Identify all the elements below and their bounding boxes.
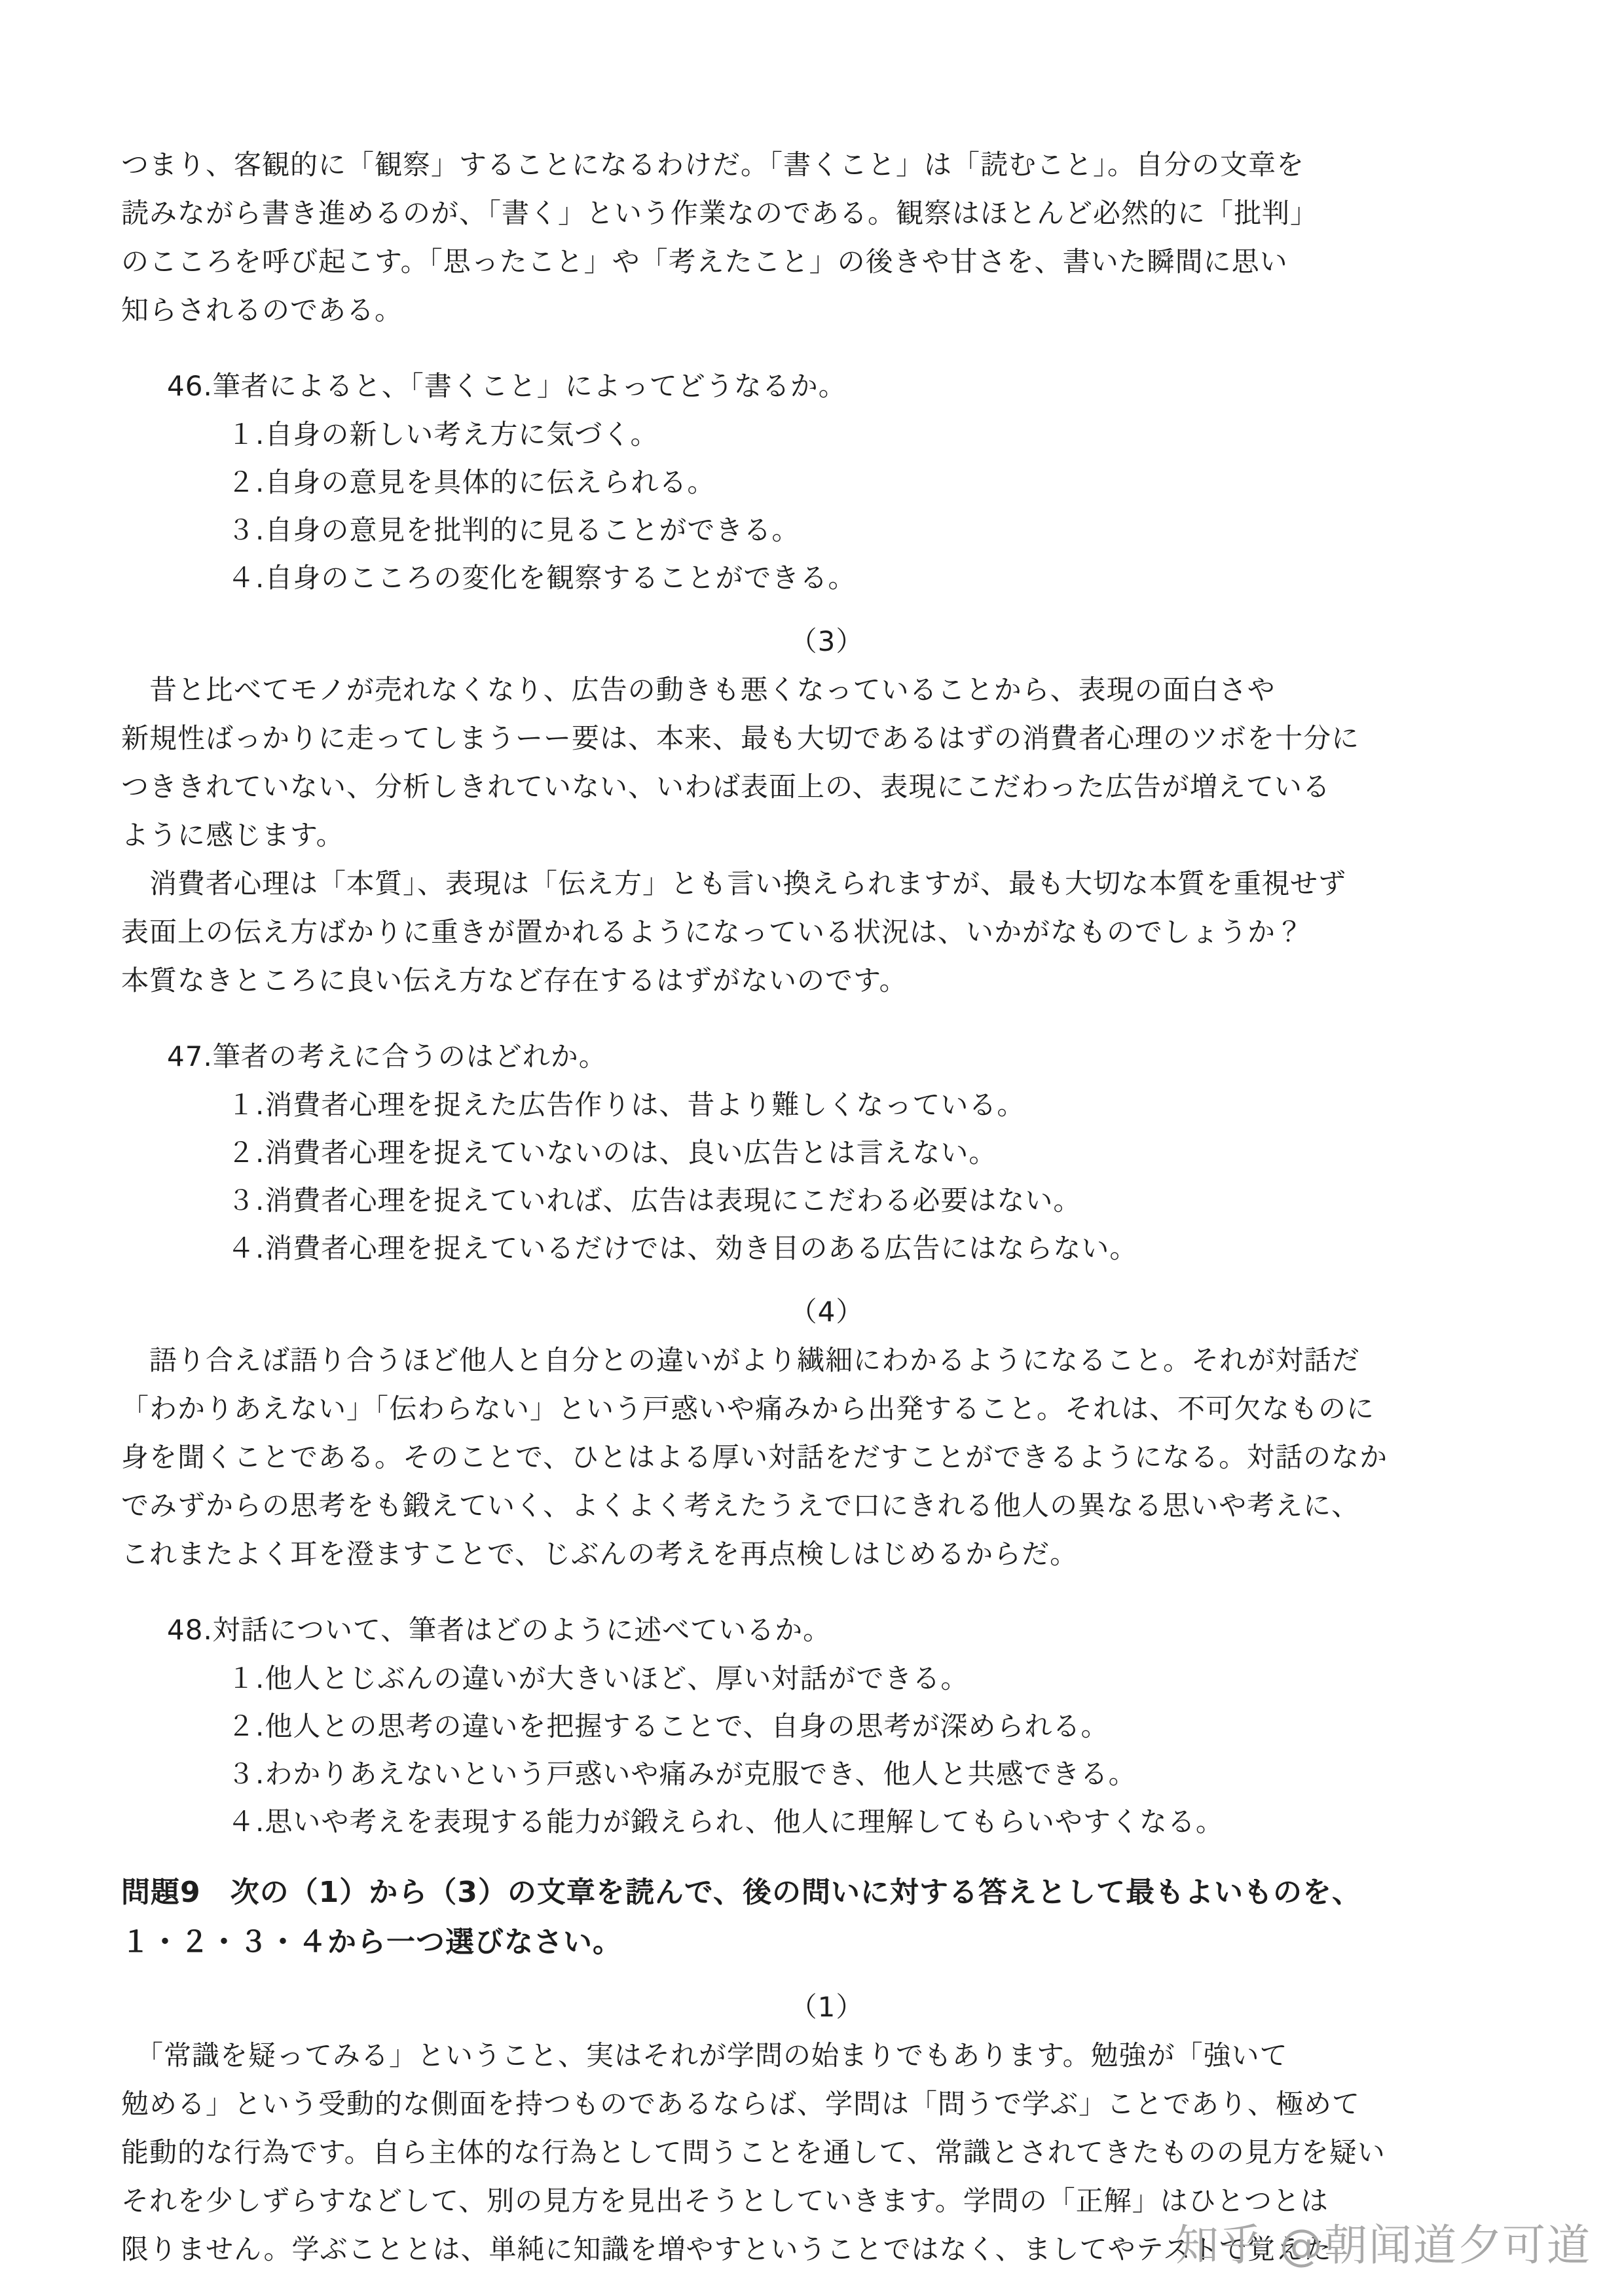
- passage-line: 「常識を疑ってみる」ということ、実はそれが学問の始まりでもあります。勉強が「強い…: [121, 2032, 1532, 2080]
- mondai-9-heading: 問題9 次の（1）から（3）の文章を読んで、後の問いに対する答えとして最もよいも…: [121, 1868, 1532, 1967]
- question-46-option-4: ４.自身のこころの変化を観察することができる。: [227, 554, 1532, 602]
- question-47-option-1: １.消費者心理を捉えた広告作りは、昔より難しくなっている。: [227, 1081, 1532, 1129]
- passage-line: 知らされるのである。: [121, 286, 1532, 335]
- passage-line: 消費者心理は「本質」、表現は「伝え方」とも言い換えられますが、最も大切な本質を重…: [121, 860, 1532, 908]
- question-47-option-3: ３.消費者心理を捉えていれば、広告は表現にこだわる必要はない。: [227, 1176, 1532, 1224]
- question-48-option-2: ２.他人との思考の違いを把握することで、自身の思考が深められる。: [227, 1702, 1532, 1750]
- passage-line: のこころを呼び起こす。「思ったこと」や「考えたこと」の後きや甘さを、書いた瞬間に…: [121, 238, 1532, 286]
- passage-line: 昔と比べてモノが売れなくなり、広告の動きも悪くなっていることから、表現の面白さや: [121, 666, 1532, 714]
- heading-line: 問題9 次の（1）から（3）の文章を読んで、後の問いに対する答えとして最もよいも…: [121, 1868, 1532, 1918]
- passage-line: つまり、客観的に「観察」することになるわけだ。「書くこと」は「読むこと」。自分の…: [121, 141, 1532, 189]
- section-1-header: （1）: [121, 1983, 1532, 2032]
- passage-line: 能動的な行為です。自ら主体的な行為として問うことを通して、常識とされてきたものの…: [121, 2128, 1532, 2177]
- document-page: つまり、客観的に「観察」することになるわけだ。「書くこと」は「読むこと」。自分の…: [0, 0, 1624, 2296]
- passage-line: これまたよく耳を澄ますことで、じぶんの考えを再点検しはじめるからだ。: [121, 1530, 1532, 1578]
- passage-line: 本質なきところに良い伝え方など存在するはずがないのです。: [121, 957, 1532, 1005]
- heading-line: １・２・３・４から一つ選びなさい。: [121, 1918, 1532, 1967]
- section-3-header: （3）: [121, 617, 1532, 666]
- question-48-option-4: ４.思いや考えを表現する能力が鍛えられ、他人に理解してもらいやすくなる。: [227, 1798, 1532, 1846]
- passage-line: 語り合えば語り合うほど他人と自分との違いがより繊細にわかるようになること。それが…: [121, 1336, 1532, 1385]
- passage-line: 勉める」という受動的な側面を持つものであるならば、学問は「問うで学ぶ」ことであり…: [121, 2080, 1532, 2128]
- question-48-option-1: １.他人とじぶんの違いが大きいほど、厚い対話ができる。: [227, 1654, 1532, 1702]
- question-48-title: 48.対話について、筆者はどのように述べているか。: [167, 1606, 1532, 1654]
- zhihu-watermark: 知乎 @朝闻道夕可道: [1175, 2210, 1591, 2272]
- intro-passage: つまり、客観的に「観察」することになるわけだ。「書くこと」は「読むこと」。自分の…: [121, 141, 1532, 335]
- passage-line: 身を聞くことである。そのことで、ひとはよる厚い対話をだすことができるようになる。…: [121, 1433, 1532, 1482]
- question-46: 46.筆者によると、「書くこと」によってどうなるか。 １.自身の新しい考え方に気…: [121, 362, 1532, 602]
- question-46-option-2: ２.自身の意見を具体的に伝えられる。: [227, 458, 1532, 506]
- passage-line: つききれていない、分析しきれていない、いわば表面上の、表現にこだわった広告が増え…: [121, 763, 1532, 811]
- passage-line: ように感じます。: [121, 811, 1532, 860]
- question-46-option-1: １.自身の新しい考え方に気づく。: [227, 410, 1532, 458]
- question-48-option-3: ３.わかりあえないという戸惑いや痛みが克服でき、他人と共感できる。: [227, 1750, 1532, 1798]
- question-47-option-4: ４.消費者心理を捉えているだけでは、効き目のある広告にはならない。: [227, 1224, 1532, 1272]
- section-3-passage: 昔と比べてモノが売れなくなり、広告の動きも悪くなっていることから、表現の面白さや…: [121, 666, 1532, 1005]
- passage-line: 新規性ばっかりに走ってしまうーー要は、本来、最も大切であるはずの消費者心理のツボ…: [121, 714, 1532, 763]
- passage-line: 表面上の伝え方ばかりに重きが置かれるようになっている状況は、いかがなものでしょう…: [121, 908, 1532, 957]
- question-47: 47.筆者の考えに合うのはどれか。 １.消費者心理を捉えた広告作りは、昔より難し…: [121, 1032, 1532, 1272]
- section-4-passage: 語り合えば語り合うほど他人と自分との違いがより繊細にわかるようになること。それが…: [121, 1336, 1532, 1578]
- section-4-header: （4）: [121, 1288, 1532, 1336]
- question-46-option-3: ３.自身の意見を批判的に見ることができる。: [227, 506, 1532, 554]
- question-46-title: 46.筆者によると、「書くこと」によってどうなるか。: [167, 362, 1532, 410]
- question-48: 48.対話について、筆者はどのように述べているか。 １.他人とじぶんの違いが大き…: [121, 1606, 1532, 1846]
- passage-line: 読みながら書き進めるのが、「書く」という作業なのである。観察はほとんど必然的に「…: [121, 189, 1532, 238]
- question-47-option-2: ２.消費者心理を捉えていないのは、良い広告とは言えない。: [227, 1129, 1532, 1176]
- passage-line: でみずからの思考をも鍛えていく、よくよく考えたうえで口にきれる他人の異なる思いや…: [121, 1482, 1532, 1530]
- question-47-title: 47.筆者の考えに合うのはどれか。: [167, 1032, 1532, 1081]
- passage-line: 「わかりあえない」「伝わらない」という戸惑いや痛みから出発すること。それは、不可…: [121, 1385, 1532, 1433]
